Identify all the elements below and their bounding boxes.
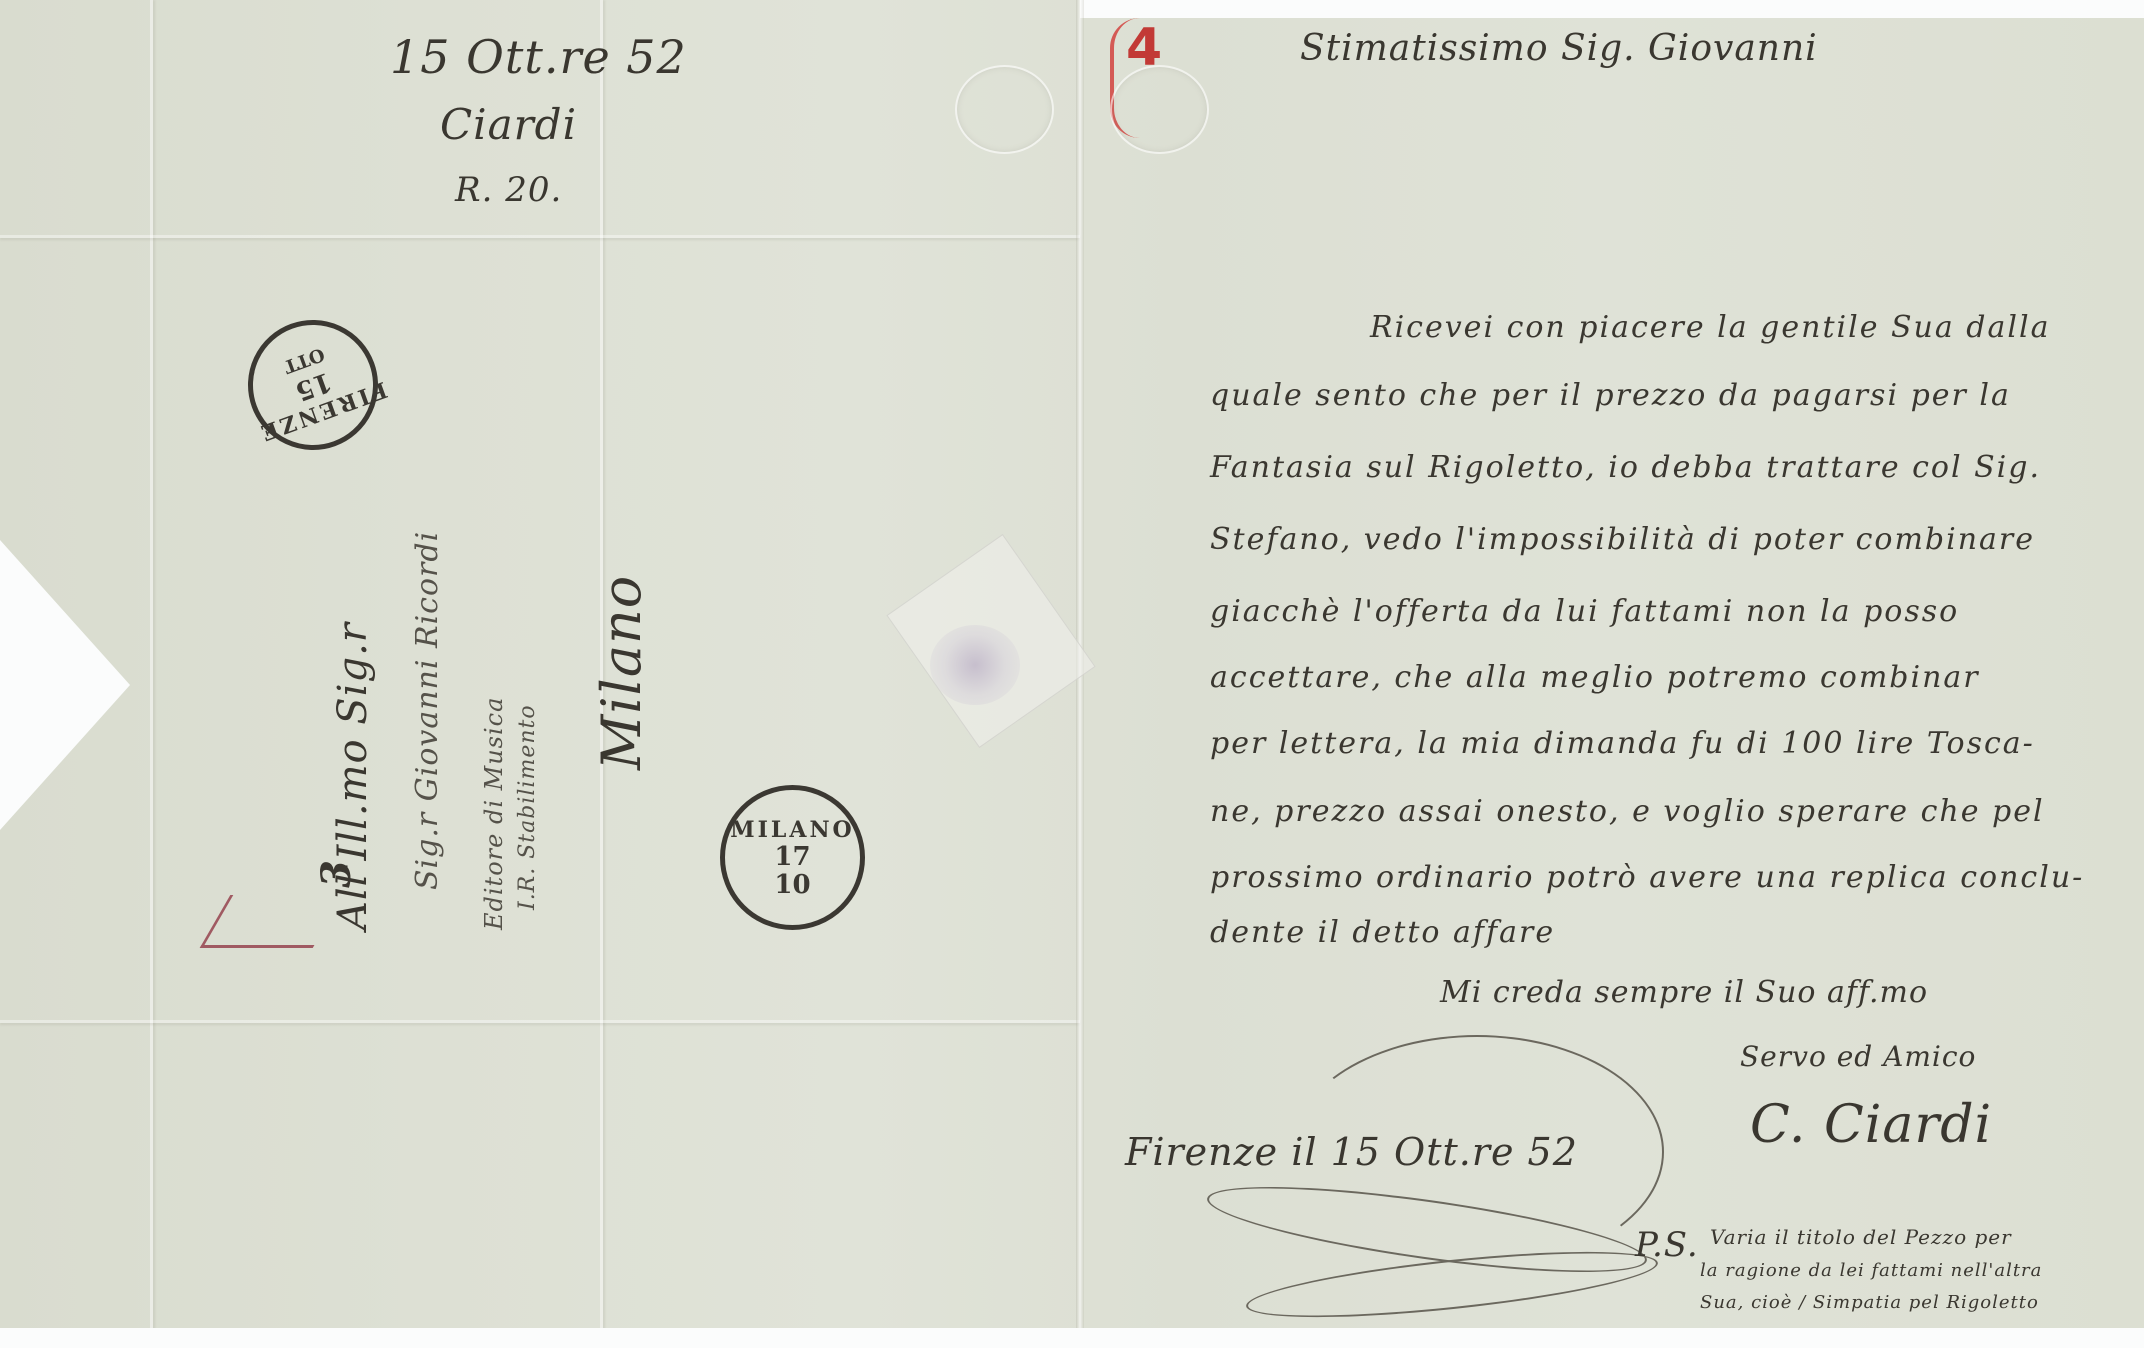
top-margin-gap [1080, 0, 2144, 18]
fold-line [0, 1020, 1080, 1023]
fold-line [0, 235, 1080, 238]
closing-line: Mi creda sempre il Suo aff.mo [1440, 975, 1928, 1010]
postscript-line: Varia il titolo del Pezzo per [1710, 1225, 2012, 1249]
postmark-milano: MILANO 17 10 [720, 785, 865, 930]
cutout-notch [0, 540, 130, 830]
address-line-4: I.R. Stabilimento [515, 704, 540, 910]
body-line: per lettera, la mia dimanda fu di 100 li… [1210, 726, 2035, 761]
embossed-stamp-icon [1110, 65, 1209, 154]
postscript-line: la ragione da lei fattami nell'altra [1700, 1260, 2042, 1281]
body-line: Ricevei con piacere la gentile Sua dalla [1370, 310, 2050, 345]
body-line: Stefano, vedo l'impossibilità di poter c… [1210, 522, 2035, 557]
rate-mark: 3 [313, 859, 360, 888]
body-line: accettare, che alla meglio potremo combi… [1210, 660, 1980, 695]
body-line: prossimo ordinario potrò avere una repli… [1210, 860, 2084, 895]
fold-line [150, 0, 153, 1330]
docket-sender: Ciardi [440, 100, 577, 149]
salutation: Stimatissimo Sig. Giovanni [1300, 28, 1818, 69]
postmark-firenze: FIRENZE 15 OTT [230, 302, 397, 469]
signature: C. Ciardi [1750, 1095, 1992, 1155]
body-line: dente il detto affare [1210, 915, 1555, 950]
letter-sheet: 15 Ott.re 52 Ciardi R. 20. FIRENZE 15 OT… [0, 0, 2144, 1330]
body-line: giacchè l'offerta da lui fattami non la … [1210, 594, 1959, 629]
postscript-label: P.S. [1635, 1225, 1699, 1265]
docket-note: R. 20. [455, 170, 562, 210]
embossed-stamp-icon [955, 65, 1054, 154]
wax-seal-icon [930, 625, 1020, 705]
address-city: Milano [590, 575, 653, 770]
red-crayon-mark [200, 895, 344, 948]
body-line: Fantasia sul Rigoletto, io debba trattar… [1210, 450, 2041, 485]
body-line: ne, prezzo assai onesto, e voglio sperar… [1210, 794, 2045, 829]
docket-date: 15 Ott.re 52 [390, 30, 687, 84]
postscript-line: Sua, cioè / Simpatia pel Rigoletto [1700, 1292, 2039, 1313]
address-line-3: Editore di Musica [480, 697, 508, 930]
address-line-2: Sig.r Giovanni Ricordi [410, 531, 445, 890]
bottom-margin [0, 1328, 2144, 1348]
body-line: quale sento che per il prezzo da pagarsi… [1210, 378, 2011, 413]
closing-servo: Servo ed Amico [1740, 1040, 1976, 1073]
